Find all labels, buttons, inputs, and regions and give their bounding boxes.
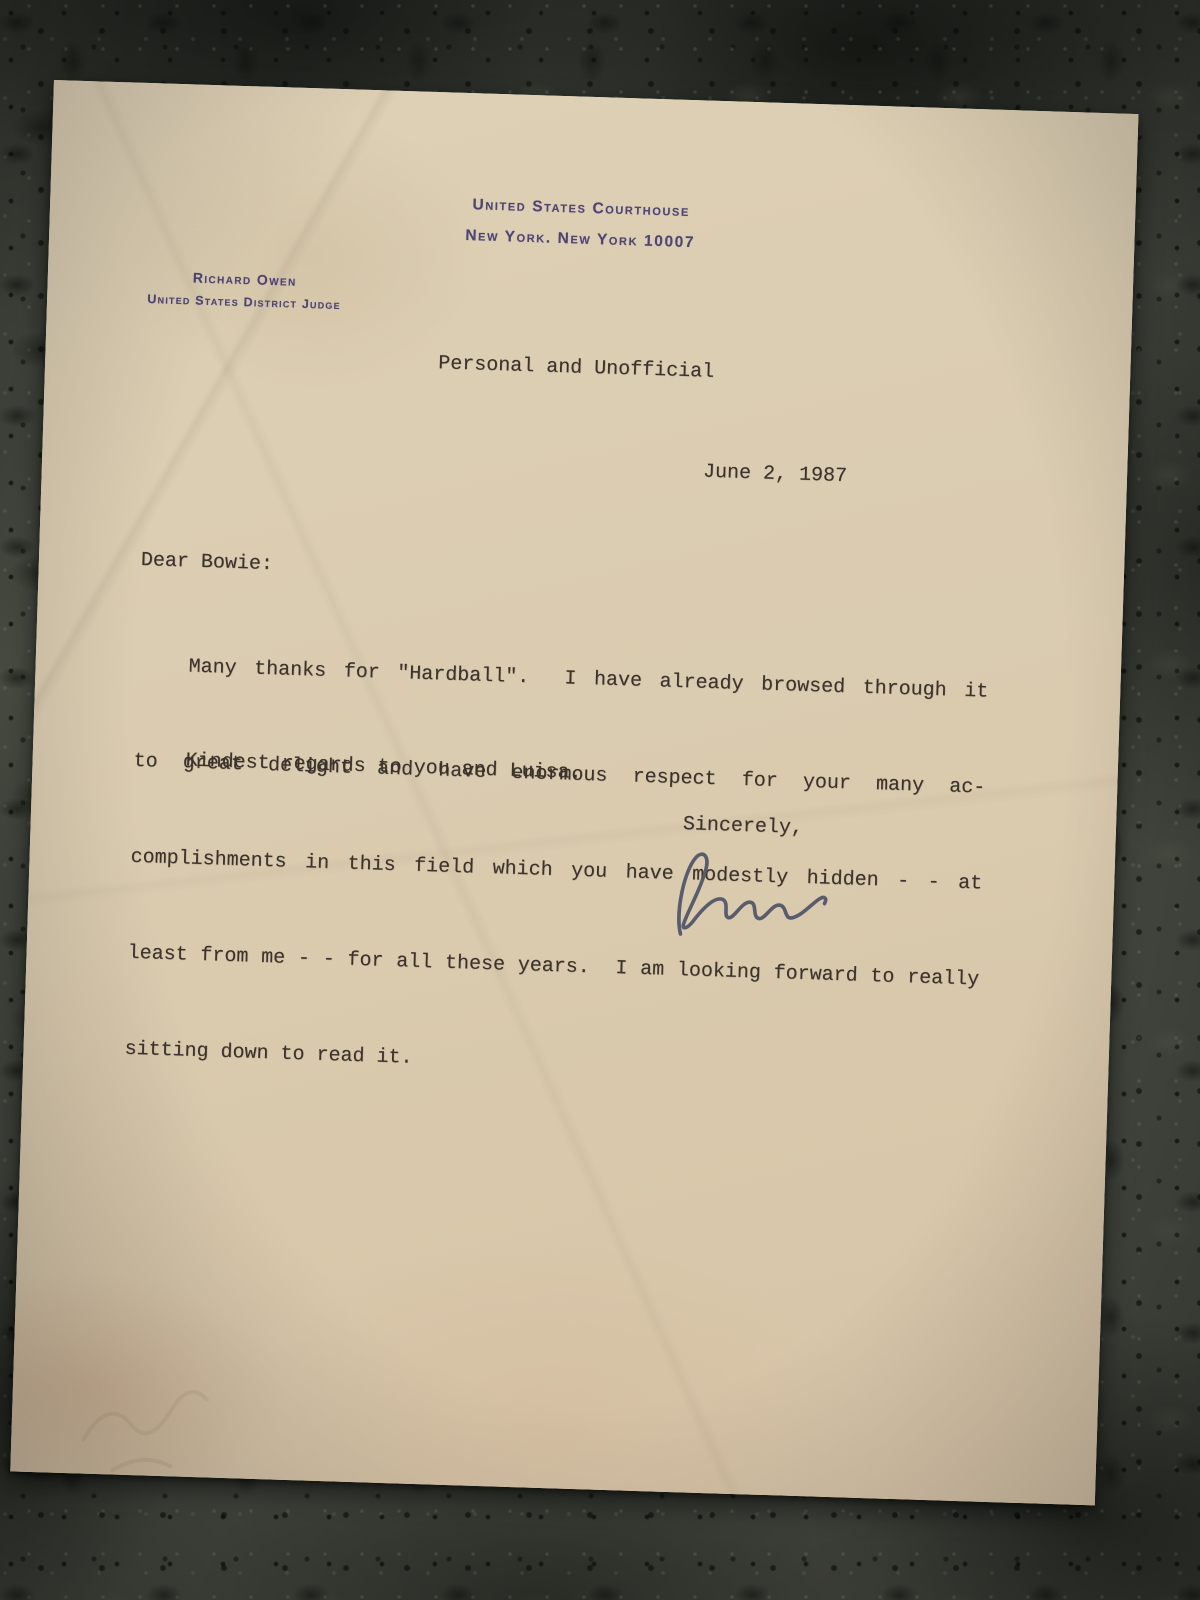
photo-of-letter: United States Courthouse New York. New Y… bbox=[0, 0, 1200, 1600]
salutation: Dear Bowie: bbox=[140, 545, 273, 581]
letter-body-paragraph: Many thanks for "Hardball". I have alrea… bbox=[122, 586, 991, 1156]
letterhead-courthouse: United States Courthouse New York. New Y… bbox=[345, 185, 817, 262]
personal-unofficial-label: Personal and Unofficial bbox=[341, 345, 812, 392]
body-line: least from me - - for all these years. I… bbox=[127, 938, 980, 997]
body-line: Many thanks for "Hardball". I have alrea… bbox=[136, 650, 989, 709]
body-line: complishments in this field which you ha… bbox=[130, 842, 983, 901]
letter-date: June 2, 1987 bbox=[702, 457, 847, 494]
valediction: Sincerely, bbox=[682, 809, 803, 845]
letterhead-sender: Richard Owen United States District Judg… bbox=[59, 262, 430, 320]
signature-icon bbox=[665, 844, 848, 950]
body-line: sitting down to read it. bbox=[124, 1034, 977, 1093]
letter-page: United States Courthouse New York. New Y… bbox=[10, 80, 1138, 1505]
faint-impression-marks bbox=[52, 1319, 287, 1496]
